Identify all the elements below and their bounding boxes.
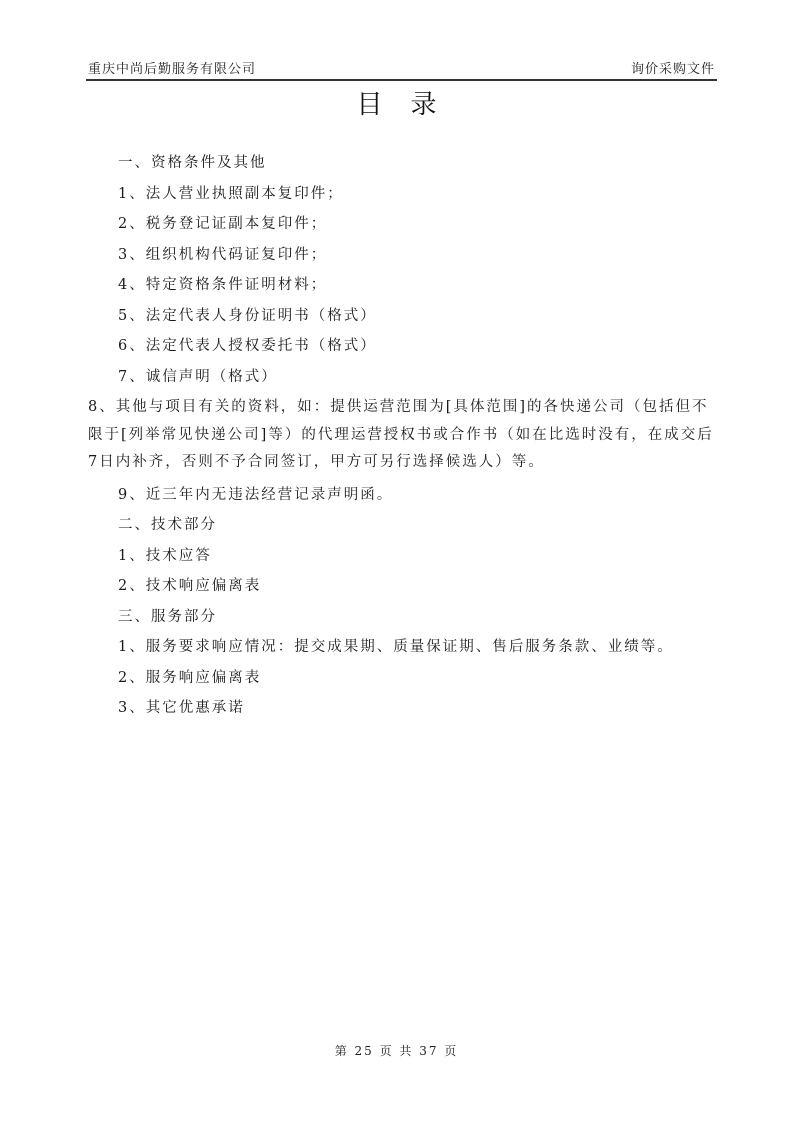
toc-item: 9、近三年内无违法经营记录声明函。 [118, 480, 718, 511]
toc-item: 7、诚信声明（格式） [118, 362, 718, 393]
table-of-contents: 一、资格条件及其他 1、法人营业执照副本复印件； 2、税务登记证副本复印件； 3… [118, 148, 718, 724]
toc-item: 2、税务登记证副本复印件； [118, 209, 718, 240]
toc-item: 4、特定资格条件证明材料； [118, 270, 718, 301]
toc-item: 2、服务响应偏离表 [118, 663, 718, 694]
toc-section-1: 一、资格条件及其他 [118, 148, 718, 179]
toc-item: 1、法人营业执照副本复印件； [118, 179, 718, 210]
page-title: 目录 [0, 84, 793, 121]
page-header: 重庆中尚后勤服务有限公司 询价采购文件 [88, 58, 715, 80]
document-type: 询价采购文件 [631, 58, 715, 77]
toc-item: 6、法定代表人授权委托书（格式） [118, 331, 718, 362]
toc-section-2: 二、技术部分 [118, 510, 718, 541]
toc-item-long: 8、其他与项目有关的资料，如：提供运营范围为[具体范围]的各快递公司（包括但不限… [88, 394, 720, 477]
toc-item: 1、技术应答 [118, 541, 718, 572]
header-divider [86, 79, 717, 81]
toc-item: 3、其它优惠承诺 [118, 693, 718, 724]
toc-item: 1、服务要求响应情况：提交成果期、质量保证期、售后服务条款、业绩等。 [118, 632, 718, 663]
toc-section-3: 三、服务部分 [118, 602, 718, 633]
toc-item: 2、技术响应偏离表 [118, 571, 718, 602]
toc-item: 3、组织机构代码证复印件； [118, 240, 718, 271]
toc-item: 5、法定代表人身份证明书（格式） [118, 301, 718, 332]
company-name: 重庆中尚后勤服务有限公司 [88, 58, 256, 77]
page-number: 第 25 页 共 37 页 [0, 1042, 793, 1059]
